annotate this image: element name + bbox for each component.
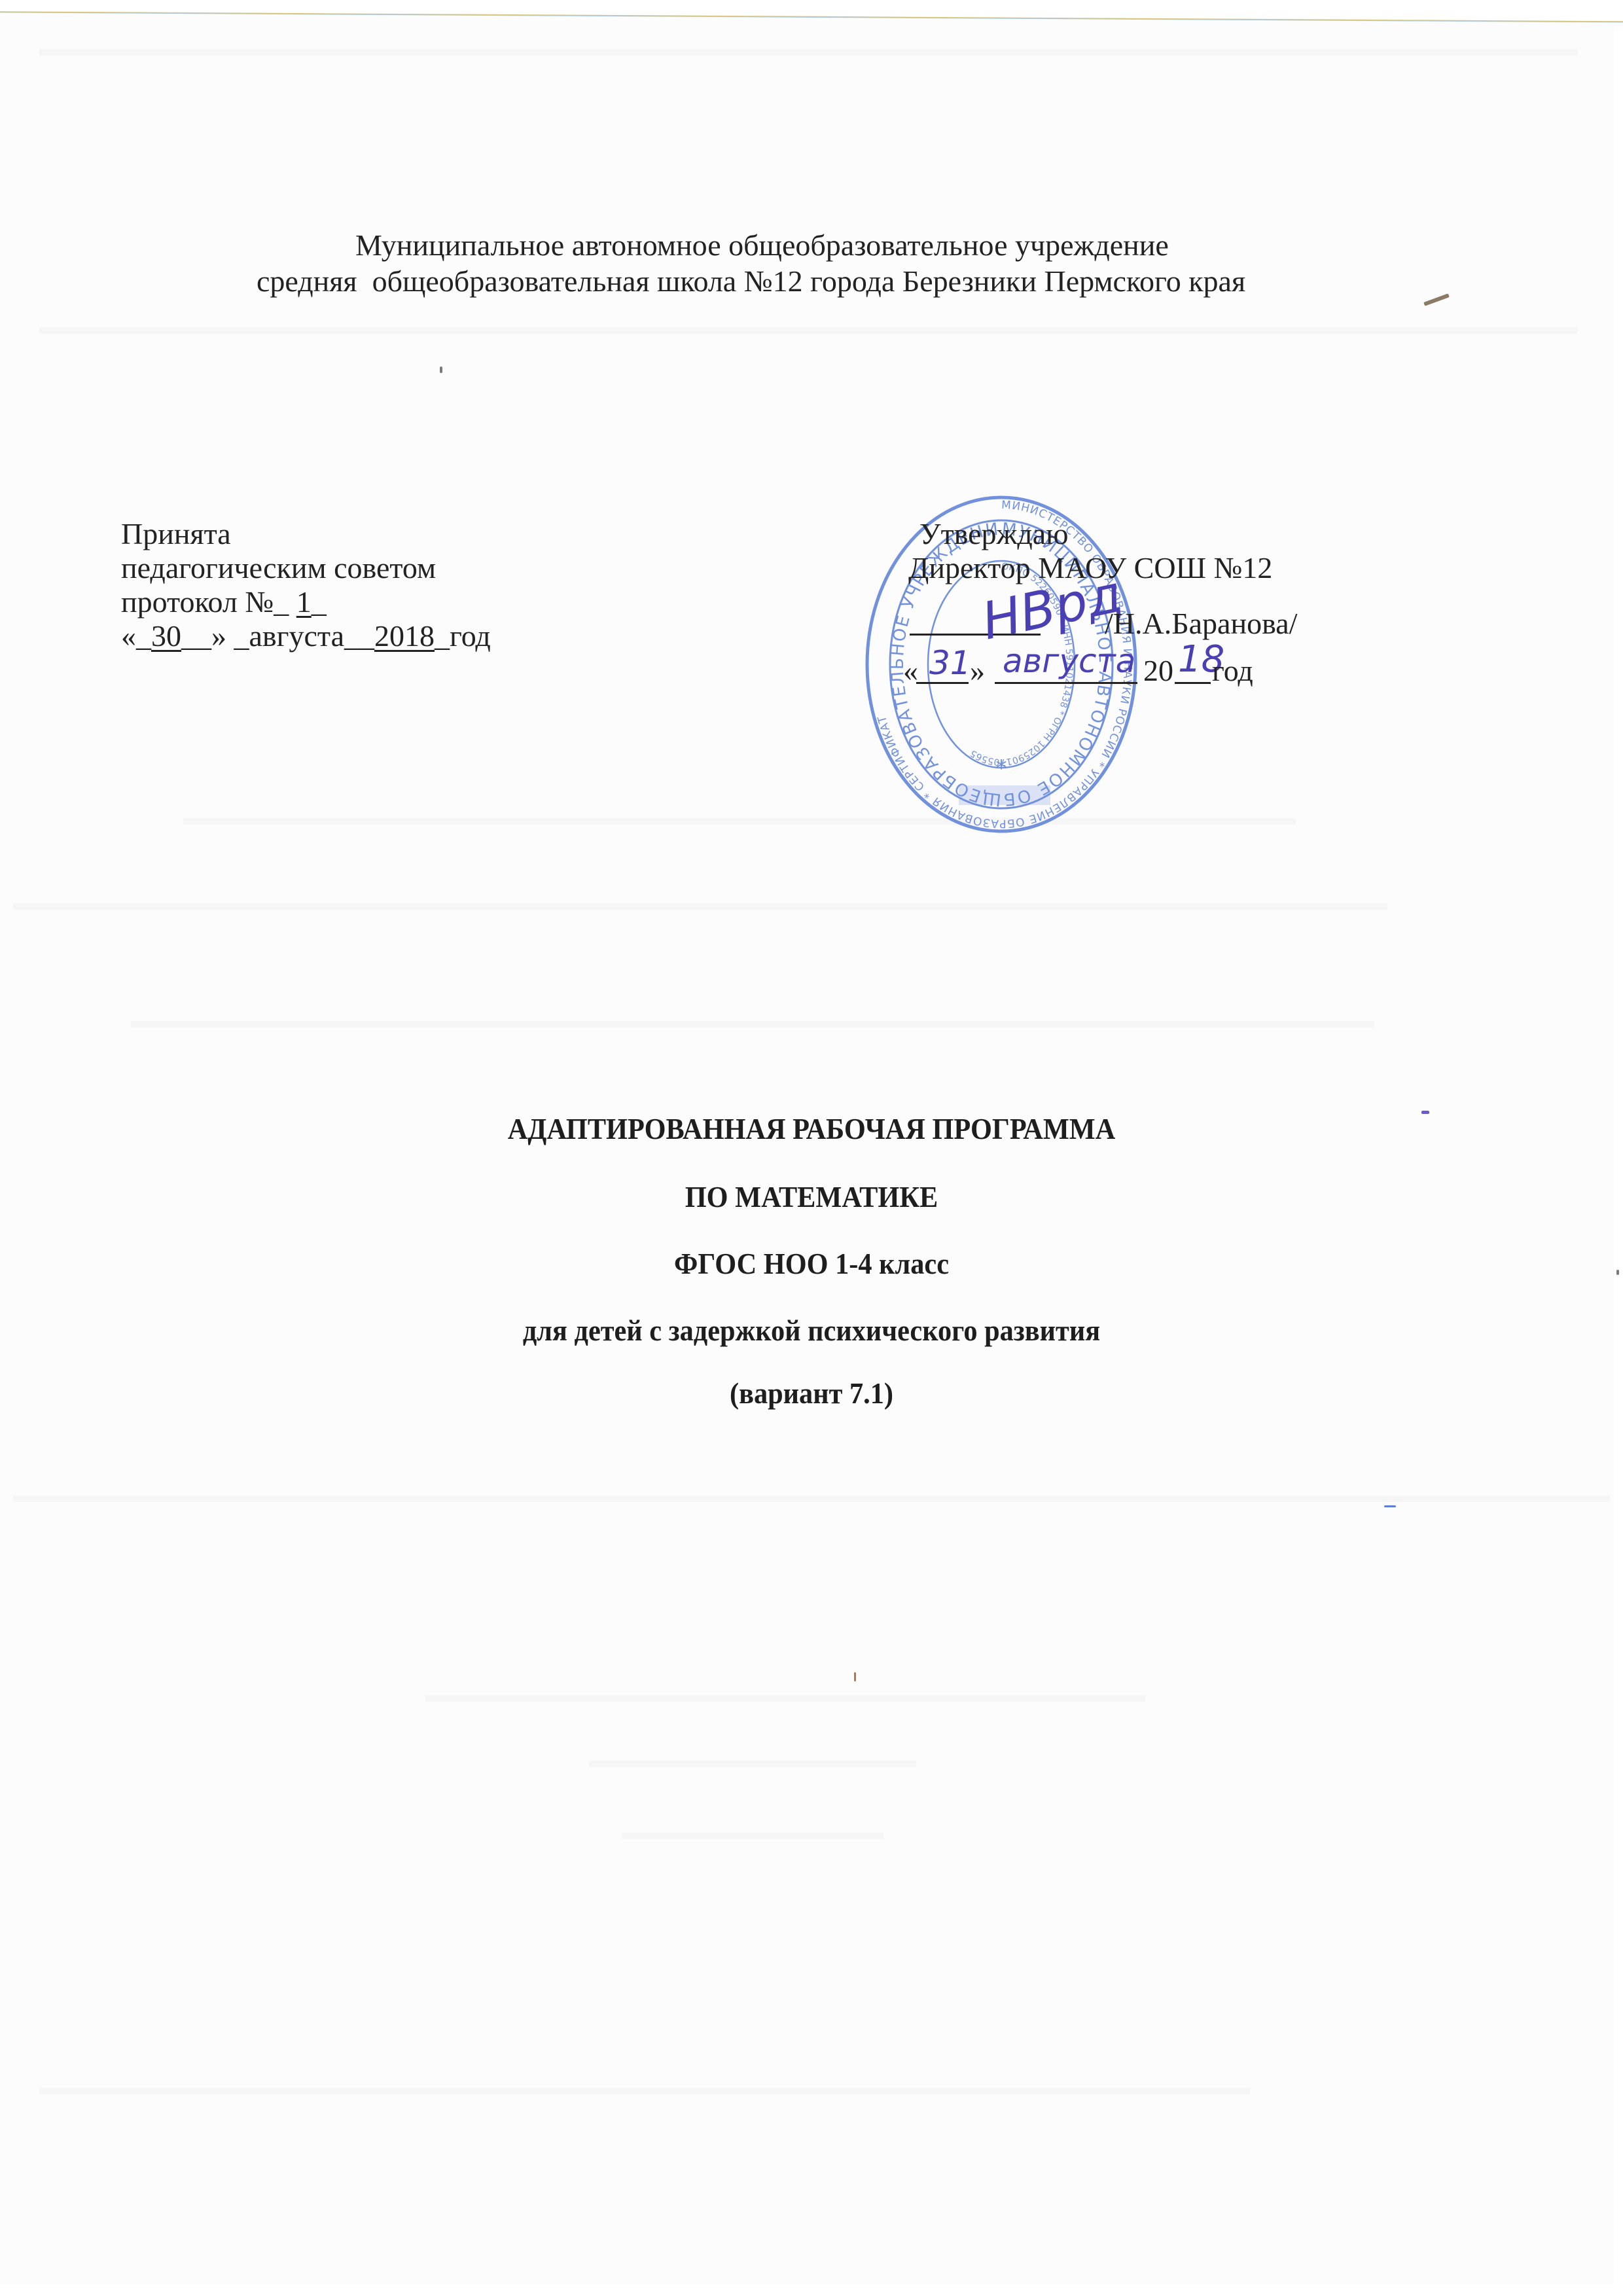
ghost-band xyxy=(13,903,1387,910)
protocol-label: протокол № xyxy=(121,585,274,619)
approved-date-day: 31 xyxy=(929,647,971,679)
title-line-audience: для детей с задержкой психического разви… xyxy=(65,1316,1558,1346)
ghost-band xyxy=(589,1761,916,1767)
title-line-variant: (вариант 7.1) xyxy=(65,1378,1558,1408)
title-line-program: АДАПТИРОВАННАЯ РАБОЧАЯ ПРОГРАММА xyxy=(65,1114,1558,1144)
accepted-body: педагогическим советом xyxy=(121,553,436,583)
ghost-band xyxy=(131,1021,1374,1028)
approved-signature-name: /Н.А.Баранова/ xyxy=(1105,609,1297,639)
approved-year-blank xyxy=(1175,682,1211,684)
accepted-date-month: августа xyxy=(249,619,345,653)
ghost-band xyxy=(39,49,1577,56)
accepted-date-year: 2018 xyxy=(374,619,435,653)
protocol-line: протокол №_ 1_ xyxy=(121,587,327,617)
scan-artifact xyxy=(440,367,442,373)
approved-date-close-quote: » xyxy=(970,656,985,686)
approved-month-blank xyxy=(995,682,1137,684)
approved-date-month: августа xyxy=(1003,645,1135,677)
approved-day-blank xyxy=(916,682,969,684)
ghost-band xyxy=(13,1496,1610,1502)
approved-title: Утверждаю xyxy=(919,519,1069,549)
ghost-band xyxy=(39,327,1577,334)
protocol-number: 1 xyxy=(296,585,312,619)
accepted-title: Принята xyxy=(121,519,231,549)
accepted-date-line: «_30__» _августа__2018_год xyxy=(121,621,491,651)
scan-artifact xyxy=(854,1672,856,1681)
scan-artifact xyxy=(1384,1505,1396,1507)
approved-year-suffix: год xyxy=(1212,656,1253,686)
ghost-band xyxy=(622,1833,883,1839)
institution-name-line1: Муниципальное автономное общеобразовател… xyxy=(355,230,1169,260)
ghost-band xyxy=(39,2088,1250,2094)
scanned-paper-edge xyxy=(0,0,1623,26)
accepted-year-suffix: год xyxy=(450,619,491,653)
approved-year-prefix: 20 xyxy=(1143,656,1173,686)
protocol-blank-pre: _ xyxy=(274,585,296,619)
accepted-date-day: 30 xyxy=(151,619,181,653)
title-line-standard: ФГОС НОО 1-4 класс xyxy=(65,1249,1558,1279)
title-line-subject: ПО МАТЕМАТИКЕ xyxy=(65,1182,1558,1212)
ghost-band xyxy=(425,1695,1145,1702)
ghost-band xyxy=(183,818,1296,825)
scan-artifact xyxy=(1616,1270,1619,1275)
institution-name-line2: средняя общеобразовательная школа №12 го… xyxy=(257,266,1245,296)
